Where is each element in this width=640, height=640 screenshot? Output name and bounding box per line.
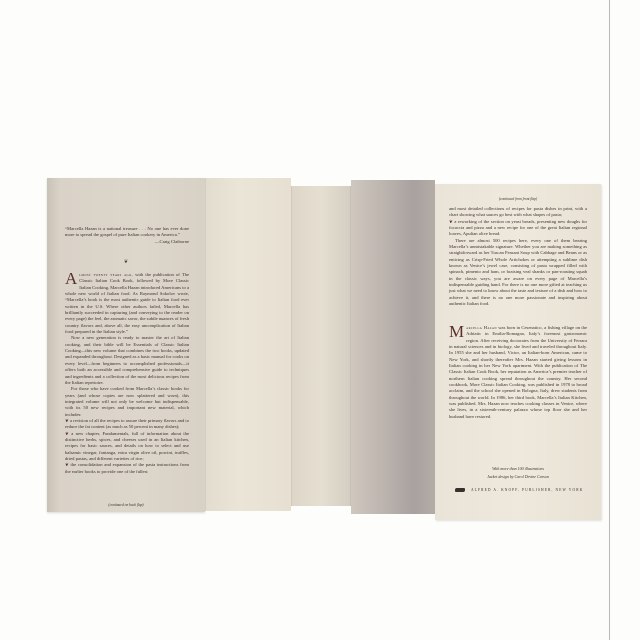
book-dust-jacket: “Marcella Hazan is a national treasure .… [0, 0, 640, 640]
review-quote: “Marcella Hazan is a national treasure .… [65, 226, 189, 245]
fold-crease [291, 186, 292, 506]
back-cover-inside [205, 178, 291, 511]
bullet-item: ❦ a revision of all the recipes to assur… [65, 418, 189, 431]
spine-inside [291, 186, 351, 506]
lead-in: lmost twenty years ago, [79, 272, 133, 277]
fleuron-ornament-icon: ❦ [47, 260, 205, 266]
front-flap-body: and most detailed collections of recipes… [449, 206, 587, 308]
bullet-item: ❦ a reworking of the section on yeast br… [449, 219, 587, 238]
jacket-design-credit: Jacket design by Carol Devine Carson [435, 473, 601, 481]
illustrations-note: With more than 100 illustrations [435, 465, 601, 473]
paragraph-text: with the publication of The Classic Ital… [65, 272, 189, 334]
drop-cap: A [65, 272, 77, 286]
bio-text: was born in Cesenatico, a fishing villag… [449, 325, 587, 419]
quote-attribution: —Craig Claiborne [65, 239, 189, 245]
front-flap: (continued from front flap) and most det… [435, 184, 601, 520]
credits: With more than 100 illustrations Jacket … [435, 465, 601, 481]
fold-crease [205, 178, 206, 511]
drop-cap: M [449, 325, 464, 339]
continued-note: (continued on back flap) [47, 502, 205, 508]
bullet-item: ❦ the consolidation and expansion of the… [65, 462, 189, 475]
intro-paragraph: Almost twenty years ago, with the public… [65, 272, 189, 335]
paragraph: Now a new generation is ready to master … [65, 335, 189, 386]
continued-from-note: (continued from front flap) [435, 196, 601, 202]
author-bio: Marcella Hazan was born in Cesenatico, a… [449, 325, 587, 420]
publisher-name: Alfred A. Knopf, Publisher, New York [471, 488, 583, 492]
bullet-item: ❦ a new chapter, Fundamentals, full of i… [65, 431, 189, 463]
paragraph: For those who have cooked from Marcella’… [65, 386, 189, 418]
back-flap-body: Almost twenty years ago, with the public… [65, 272, 189, 475]
borzoi-dog-icon [455, 488, 465, 492]
paragraph: There are almost 500 recipes here, every… [449, 238, 587, 308]
front-cover-inside [351, 180, 435, 514]
paragraph: and most detailed collections of recipes… [449, 206, 587, 219]
quote-text: “Marcella Hazan is a national treasure .… [65, 226, 189, 237]
publisher-line: Alfred A. Knopf, Publisher, New York [455, 487, 585, 493]
back-flap: “Marcella Hazan is a national treasure .… [47, 178, 205, 512]
author-name: arcella Hazan [466, 325, 497, 330]
